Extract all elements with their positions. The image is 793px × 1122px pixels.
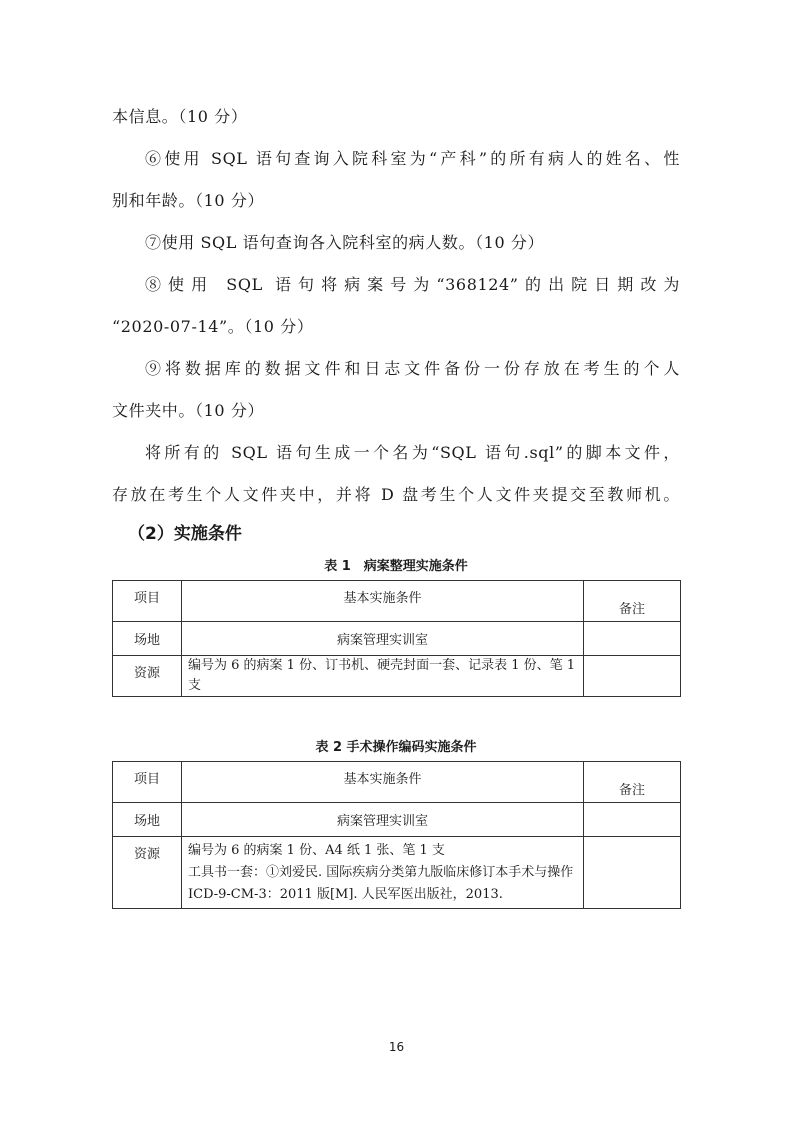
header-cell-condition: 基本实施条件 [182, 762, 584, 803]
condition-line: 工具书一套：①刘爱民. 国际疾病分类第九版临床修订本手术与操作 ICD-9-CM… [188, 862, 577, 906]
cell-item: 资源 [113, 656, 182, 697]
paragraph-final: 将所有的 SQL 语句生成一个名为“SQL 语句.sql”的脚本文件， [145, 432, 680, 474]
cell-condition: 编号为 6 的病案 1 份、A4 纸 1 张、笔 1 支 工具书一套：①刘爱民.… [182, 837, 584, 909]
table-1: 项目 基本实施条件 备注 场地 病案管理实训室 资源 编号为 6 的病案 1 份… [112, 580, 681, 697]
table-1-caption: 表 1 病案整理实施条件 [112, 557, 680, 577]
header-cell-item: 项目 [113, 762, 182, 803]
header-cell-note: 备注 [584, 762, 681, 803]
table-row: 资源 编号为 6 的病案 1 份、A4 纸 1 张、笔 1 支 工具书一套：①刘… [113, 837, 681, 909]
paragraph-item-6: ⑥使用 SQL 语句查询入院科室为“产科”的所有病人的姓名、性 [145, 138, 680, 180]
table-2: 项目 基本实施条件 备注 场地 病案管理实训室 资源 编号为 6 的病案 1 份… [112, 761, 681, 909]
paragraph-item-9: ⑨将数据库的数据文件和日志文件备份一份存放在考生的个人 [145, 348, 680, 390]
paragraph-item-6-cont: 别和年龄。（10 分） [112, 180, 680, 222]
header-cell-condition: 基本实施条件 [182, 581, 584, 622]
table-row: 场地 病案管理实训室 [113, 622, 681, 656]
condition-line: 编号为 6 的病案 1 份、A4 纸 1 张、笔 1 支 [188, 840, 577, 862]
paragraph-item-9-cont: 文件夹中。（10 分） [112, 390, 680, 432]
header-cell-item: 项目 [113, 581, 182, 622]
table-row: 资源 编号为 6 的病案 1 份、订书机、硬壳封面一套、记录表 1 份、笔 1 … [113, 656, 681, 697]
cell-item: 资源 [113, 837, 182, 909]
paragraph-item-8: ⑧使用 SQL 语句将病案号为“368124”的出院日期改为 [145, 264, 680, 306]
cell-note [584, 803, 681, 837]
paragraph-item-7: ⑦使用 SQL 语句查询各入院科室的病人数。（10 分） [145, 222, 680, 264]
cell-note [584, 656, 681, 697]
header-cell-note: 备注 [584, 581, 681, 622]
section-heading: （2）实施条件 [128, 518, 242, 550]
cell-condition: 病案管理实训室 [182, 622, 584, 656]
cell-item: 场地 [113, 622, 182, 656]
cell-note [584, 622, 681, 656]
cell-condition: 病案管理实训室 [182, 803, 584, 837]
cell-note [584, 837, 681, 909]
table-2-caption: 表 2 手术操作编码实施条件 [112, 738, 680, 758]
cell-item: 场地 [113, 803, 182, 837]
cell-condition: 编号为 6 的病案 1 份、订书机、硬壳封面一套、记录表 1 份、笔 1 支 [182, 656, 584, 697]
table-header-row: 项目 基本实施条件 备注 [113, 762, 681, 803]
paragraph-item-8-cont: “2020-07-14”。（10 分） [112, 306, 680, 348]
table-header-row: 项目 基本实施条件 备注 [113, 581, 681, 622]
paragraph-final-cont: 存放在考生个人文件夹中，并将 D 盘考生个人文件夹提交至教师机。 [112, 474, 680, 516]
page-number: 16 [0, 1040, 793, 1054]
paragraph-line: 本信息。（10 分） [112, 96, 680, 138]
table-row: 场地 病案管理实训室 [113, 803, 681, 837]
